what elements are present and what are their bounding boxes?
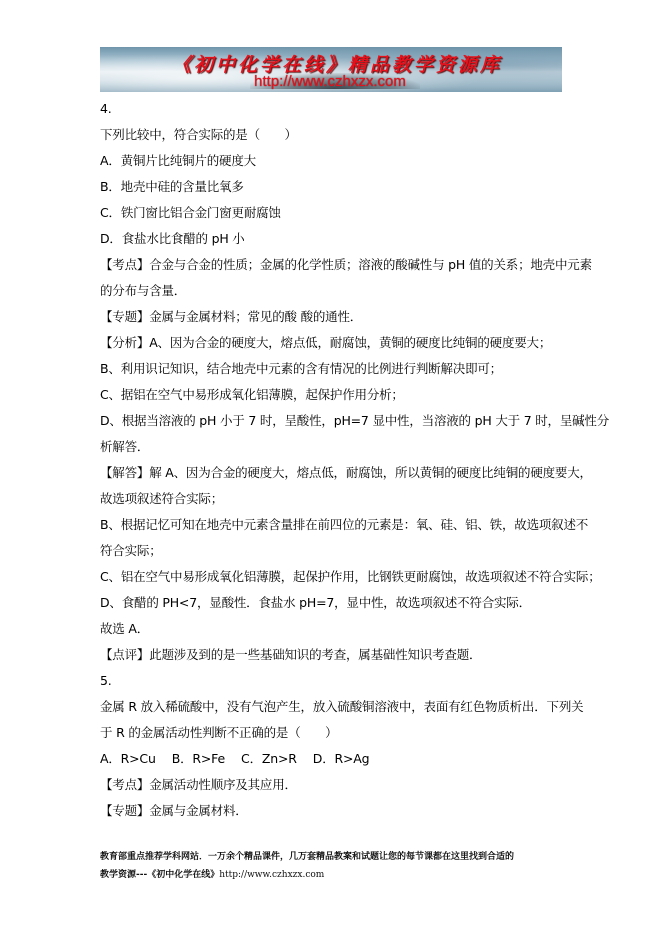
question-4-zhuanti: 【专题】金属与金属材料；常见的酸 酸的通性． bbox=[100, 304, 570, 330]
question-4-fenxi-line-5: 析解答． bbox=[100, 434, 570, 460]
question-5-stem-line-2: 于 R 的金属活动性判断不正确的是（ ） bbox=[100, 720, 570, 746]
question-5-number: 5. bbox=[100, 668, 570, 694]
question-4-fenxi-line-4: D、根据当溶液的 pH 小于 7 时，呈酸性，pH=7 显中性，当溶液的 pH … bbox=[100, 408, 570, 434]
question-4-option-c: C．铁门窗比铝合金门窗更耐腐蚀 bbox=[100, 200, 570, 226]
question-4-option-d: D．食盐水比食醋的 pH 小 bbox=[100, 226, 570, 252]
question-4-fenxi-line-2: B、利用识记知识，结合地壳中元素的含有情况的比例进行判断解决即可； bbox=[100, 356, 570, 382]
question-4-jieda-line-3: B、根据记忆可知在地壳中元素含量排在前四位的元素是：氧、硅、铝、铁，故选项叙述不 bbox=[100, 512, 570, 538]
question-4-kaodian-line-1: 【考点】合金与合金的性质；金属的化学性质；溶液的酸碱性与 pH 值的关系；地壳中… bbox=[100, 252, 570, 278]
question-4-jieda-line-5: C、铝在空气中易形成氧化铝薄膜，起保护作用，比钢铁更耐腐蚀，故选项叙述不符合实际… bbox=[100, 564, 570, 590]
page-footer: 教育部重点推荐学科网站．一万余个精品课件，几万套精品教案和试题让您的每节课都在这… bbox=[100, 848, 570, 884]
question-5-zhuanti: 【专题】金属与金属材料． bbox=[100, 798, 570, 824]
question-4-stem: 下列比较中，符合实际的是（ ） bbox=[100, 122, 570, 148]
question-4-jieda-line-1: 【解答】解 A、因为合金的硬度大，熔点低，耐腐蚀，所以黄铜的硬度比纯铜的硬度要大… bbox=[100, 460, 570, 486]
site-banner: 《初中化学在线》精品教学资源库 http://www.czhxzx.com bbox=[100, 47, 562, 92]
question-4-option-b: B．地壳中硅的含量比氧多 bbox=[100, 174, 570, 200]
question-4-number: 4. bbox=[100, 96, 570, 122]
question-4-jieda-line-6: D、食醋的 PH<7，显酸性．食盐水 pH=7，显中性，故选项叙述不符合实际． bbox=[100, 590, 570, 616]
question-4-kaodian-line-2: 的分布与含量． bbox=[100, 278, 570, 304]
footer-line-1: 教育部重点推荐学科网站．一万余个精品课件，几万套精品教案和试题让您的每节课都在这… bbox=[100, 848, 570, 866]
question-4-fenxi-line-3: C、据铝在空气中易形成氧化铝薄膜，起保护作用分析； bbox=[100, 382, 570, 408]
question-4-jieda-line-4: 符合实际； bbox=[100, 538, 570, 564]
banner-url[interactable]: http://www.czhxzx.com bbox=[225, 73, 435, 90]
question-5-options: A．R>Cu B．R>Fe C．Zn>R D．R>Ag bbox=[100, 746, 570, 772]
question-5-kaodian: 【考点】金属活动性顺序及其应用． bbox=[100, 772, 570, 798]
question-4-jieda-line-2: 故选项叙述符合实际； bbox=[100, 486, 570, 512]
footer-link[interactable]: http://www.czhxzx.com bbox=[219, 870, 324, 880]
question-4-fenxi-line-1: 【分析】A、因为合金的硬度大，熔点低，耐腐蚀，黄铜的硬度比纯铜的硬度要大； bbox=[100, 330, 570, 356]
question-4-option-a: A．黄铜片比纯铜片的硬度大 bbox=[100, 148, 570, 174]
document-body: 4. 下列比较中，符合实际的是（ ） A．黄铜片比纯铜片的硬度大 B．地壳中硅的… bbox=[100, 96, 570, 824]
question-5-stem-line-1: 金属 R 放入稀硫酸中，没有气泡产生，放入硫酸铜溶液中，表面有红色物质析出．下列… bbox=[100, 694, 570, 720]
footer-line-2: 教学资源---《初中化学在线》http://www.czhxzx.com bbox=[100, 866, 570, 884]
question-4-dianping: 【点评】此题涉及到的是一些基础知识的考查，属基础性知识考查题． bbox=[100, 642, 570, 668]
question-4-jieda-line-7: 故选 A． bbox=[100, 616, 570, 642]
footer-source-label: 教学资源---《初中化学在线》 bbox=[100, 870, 219, 880]
